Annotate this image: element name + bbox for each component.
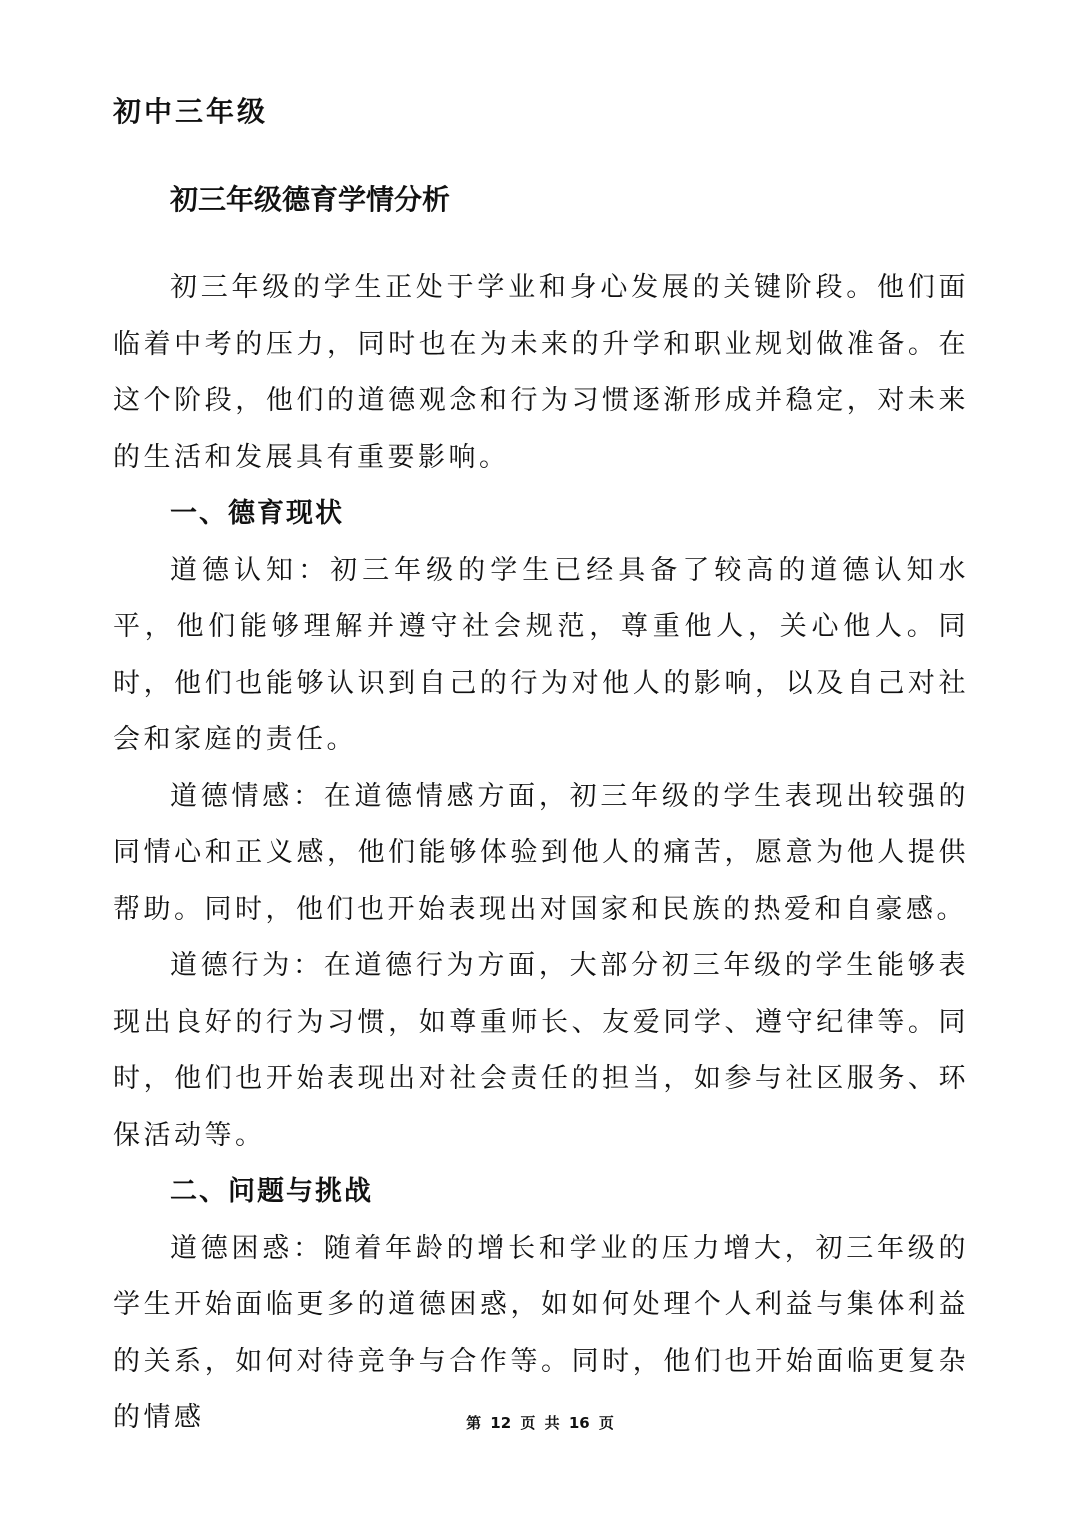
document-subtitle: 初三年级德育学情分析: [170, 180, 450, 220]
section-heading-challenges: 二、问题与挑战: [113, 1164, 969, 1221]
paragraph-moral-behavior: 道德行为：在道德行为方面，大部分初三年级的学生能够表现出良好的行为习惯，如尊重师…: [113, 938, 969, 1164]
intro-paragraph: 初三年级的学生正处于学业和身心发展的关键阶段。他们面临着中考的压力，同时也在为未…: [113, 260, 969, 486]
document-body: 初三年级的学生正处于学业和身心发展的关键阶段。他们面临着中考的压力，同时也在为未…: [113, 260, 969, 1447]
document-page: 初中三年级 初三年级德育学情分析 初三年级的学生正处于学业和身心发展的关键阶段。…: [0, 0, 1080, 1527]
paragraph-moral-emotion: 道德情感：在道德情感方面，初三年级的学生表现出较强的同情心和正义感，他们能够体验…: [113, 769, 969, 939]
page-number-footer: 第 12 页 共 16 页: [0, 1412, 1080, 1433]
document-title: 初中三年级: [113, 92, 268, 132]
paragraph-moral-cognition: 道德认知：初三年级的学生已经具备了较高的道德认知水平，他们能够理解并遵守社会规范…: [113, 543, 969, 769]
section-heading-status: 一、德育现状: [113, 486, 969, 543]
